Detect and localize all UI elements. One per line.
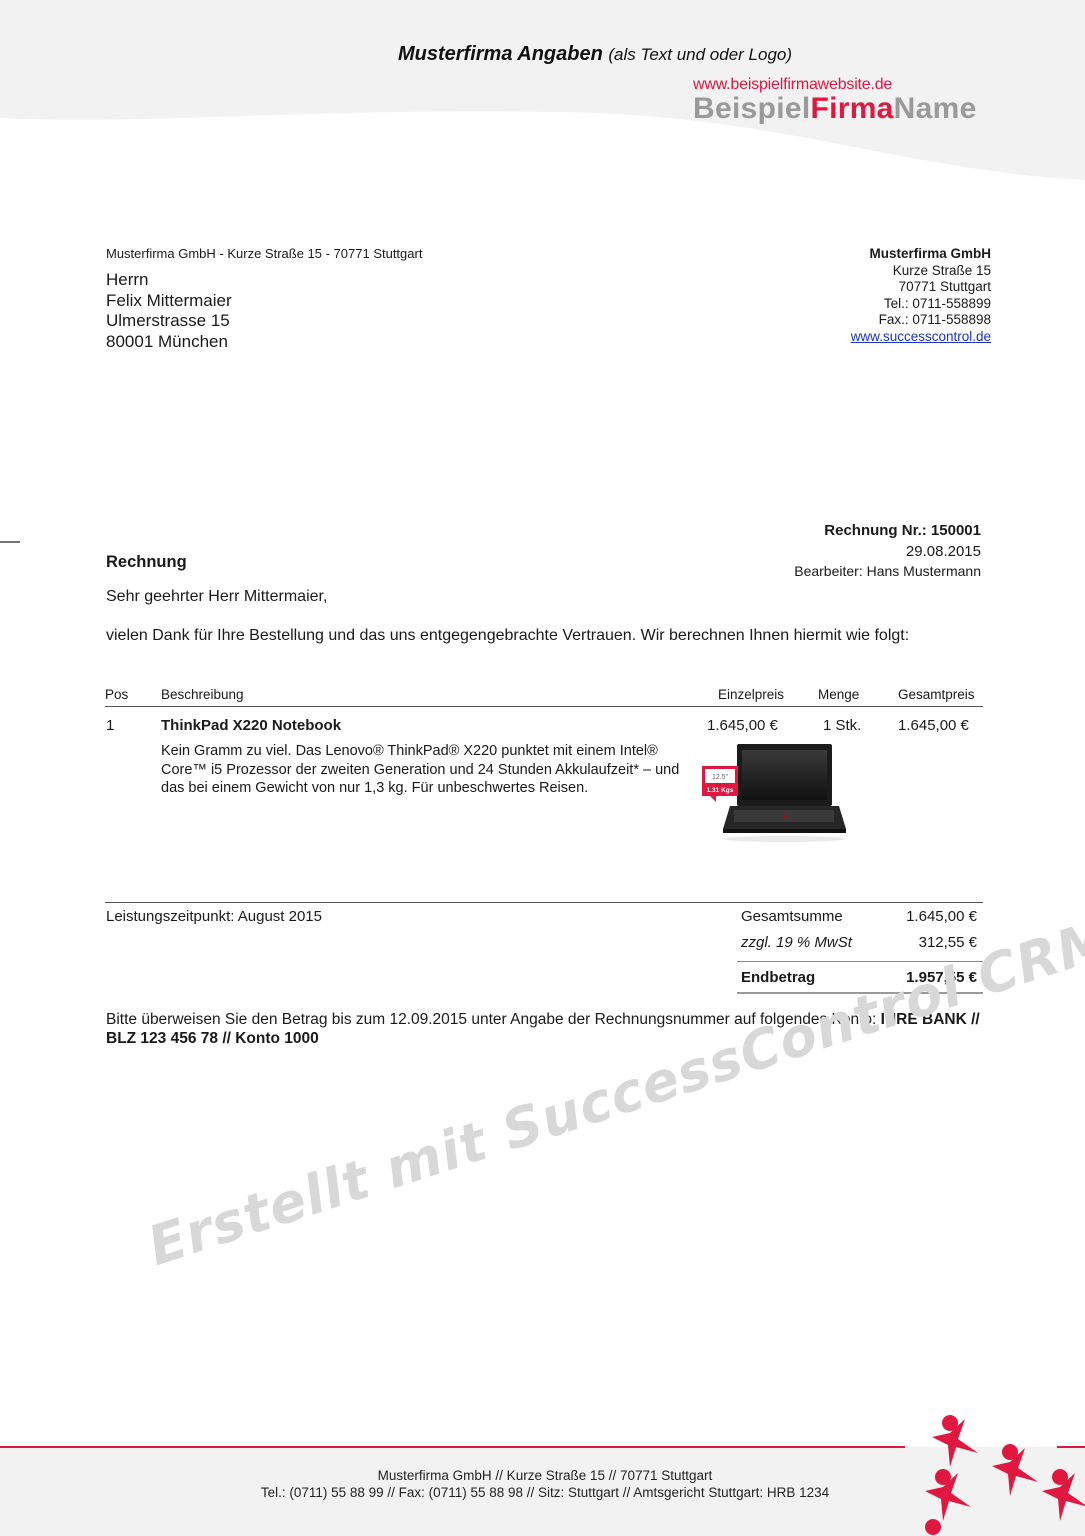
subtotal-value: 1.645,00 € (906, 908, 977, 925)
row-description: Kein Gramm zu viel. Das Lenovo® ThinkPad… (161, 742, 701, 798)
sender-return-line: Musterfirma GmbH - Kurze Straße 15 - 707… (106, 246, 422, 261)
recipient-salutation: Herrn (106, 270, 232, 291)
header-title-bold: Musterfirma Angaben (398, 43, 603, 65)
header-unit-price: Einzelpreis (718, 687, 784, 702)
footer-red-rule (0, 1446, 905, 1448)
company-contact-block: Musterfirma GmbH Kurze Straße 15 70771 S… (851, 246, 991, 345)
product-laptop-image: 12.5" 1.31 Kgs (700, 744, 850, 844)
row-unit-price: 1.645,00 € (707, 717, 778, 734)
company-website-link[interactable]: www.successcontrol.de (851, 329, 991, 344)
header-description: Beschreibung (161, 687, 244, 702)
service-time: Leistungszeitpunkt: August 2015 (106, 908, 322, 925)
company-tel: Tel.: 0711-558899 (851, 296, 991, 313)
invoice-number: Rechnung Nr.: 150001 (794, 520, 981, 541)
company-fax: Fax.: 0711-558898 (851, 312, 991, 329)
company-city: 70771 Stuttgart (851, 279, 991, 296)
recipient-street: Ulmerstrasse 15 (106, 311, 232, 332)
fold-mark (0, 541, 20, 543)
recipient-name: Felix Mittermaier (106, 291, 232, 312)
stars-figures-icon (905, 1415, 1085, 1536)
header-title: Musterfirma Angaben (als Text und oder L… (0, 43, 1085, 66)
recipient-address: Herrn Felix Mittermaier Ulmerstrasse 15 … (106, 270, 232, 352)
logo-part-1: Beispiel (693, 92, 810, 125)
header-total: Gesamtpreis (898, 687, 975, 702)
row-title: ThinkPad X220 Notebook (161, 717, 341, 734)
recipient-city: 80001 München (106, 332, 232, 353)
totals-divider (105, 902, 983, 903)
invoice-date: 29.08.2015 (794, 541, 981, 562)
header-quantity: Menge (818, 687, 859, 702)
subtotal-label: Gesamtsumme (741, 908, 843, 925)
header-title-note: (als Text und oder Logo) (608, 45, 792, 64)
row-quantity: 1 Stk. (823, 717, 861, 734)
invoice-meta: Rechnung Nr.: 150001 29.08.2015 Bearbeit… (794, 520, 981, 580)
company-street: Kurze Straße 15 (851, 263, 991, 280)
document-title: Rechnung (106, 553, 187, 572)
table-header: Pos Beschreibung Einzelpreis Menge Gesam… (105, 686, 983, 707)
header-pos: Pos (105, 687, 128, 702)
final-label: Endbetrag (741, 969, 815, 986)
company-name: Musterfirma GmbH (851, 246, 991, 263)
company-logo: BeispielFirmaName (693, 92, 977, 126)
invoice-editor: Bearbeiter: Hans Mustermann (794, 562, 981, 580)
logo-part-2: Firma (810, 92, 893, 125)
badge-size: 12.5" (712, 774, 729, 781)
badge-weight: 1.31 Kgs (707, 787, 734, 794)
watermark: Erstellt mit SuccessControl CRM (141, 906, 1085, 1278)
tax-label: zzgl. 19 % MwSt (741, 934, 852, 951)
row-total: 1.645,00 € (898, 717, 969, 734)
greeting: Sehr geehrter Herr Mittermaier, (106, 588, 327, 606)
intro-text: vielen Dank für Ihre Bestellung und das … (106, 627, 986, 645)
logo-part-3: Name (894, 92, 977, 125)
row-pos: 1 (106, 717, 114, 734)
